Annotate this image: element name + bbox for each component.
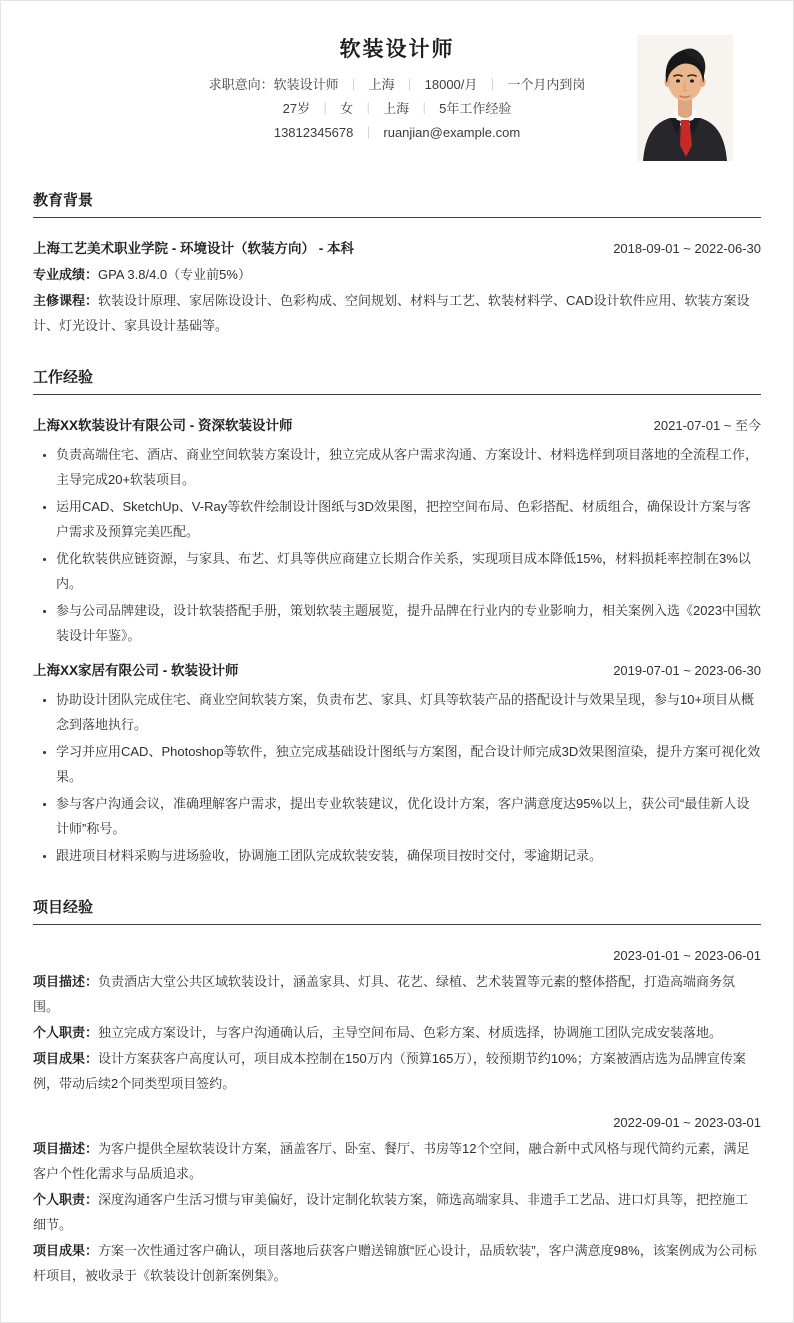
intent-city: 上海 [369,77,395,92]
separator: ｜ [348,78,360,92]
project-duty-line: 个人职责：深度沟通客户生活习惯与审美偏好，设计定制化软装方案，筛选高端家具、非遗… [33,1187,761,1237]
education-entry-header: 上海工艺美术职业学院 - 环境设计（软装方向） - 本科 2018-09-01 … [33,236,761,261]
projects-heading: 项目经验 [33,896,761,925]
job-bullet: 协助设计团队完成住宅、商业空间软装方案，负责布艺、家具、灯具等软装产品的搭配设计… [56,687,761,737]
city: 上海 [383,101,409,116]
company-and-role: 上海XX家居有限公司 - 软装设计师 [33,658,239,683]
job-bullet: 跟进项目材料采购与进场验收，协调施工团队完成软装安装，确保项目按时交付，零逾期记… [56,843,761,868]
project-duty-line: 个人职责：独立完成方案设计，与客户沟通确认后，主导空间布局、色彩方案、材质选择，… [33,1020,761,1045]
resume-page: 软装设计师 求职意向：软装设计师｜上海｜18000/月｜一个月内到岗 27岁｜女… [0,0,794,1323]
project-entry-header: 2023-01-01 ~ 2023-06-01 [33,943,761,968]
avatar [637,35,733,161]
job-date-range: 2021-07-01 ~ 至今 [654,413,761,438]
job-bullet: 优化软装供应链资源，与家具、布艺、灯具等供应商建立长期合作关系，实现项目成本降低… [56,546,761,596]
courses-value: 软装设计原理、家居陈设设计、色彩构成、空间规划、材料与工艺、软装材料学、CAD设… [33,293,749,333]
project-duty-text: 深度沟通客户生活习惯与审美偏好，设计定制化软装方案，筛选高端家具、非遗手工艺品、… [33,1192,748,1232]
school-and-major: 上海工艺美术职业学院 - 环境设计（软装方向） - 本科 [33,236,354,261]
project-description-line: 项目描述：为客户提供全屋软装设计方案，涵盖客厅、卧室、餐厅、书房等12个空间，融… [33,1136,761,1186]
gpa-label: 专业成绩： [33,267,98,282]
separator: ｜ [362,102,374,116]
project-date-range: 2022-09-01 ~ 2023-03-01 [613,1110,761,1135]
section-education: 教育背景 上海工艺美术职业学院 - 环境设计（软装方向） - 本科 2018-0… [33,189,761,338]
age: 27岁 [283,101,310,116]
job-bullet: 运用CAD、SketchUp、V-Ray等软件绘制设计图纸与3D效果图，把控空间… [56,494,761,544]
work-heading: 工作经验 [33,366,761,395]
email-address: ruanjian@example.com [383,125,520,140]
section-project-experience: 项目经验 2023-01-01 ~ 2023-06-01 项目描述：负责酒店大堂… [33,896,761,1288]
resume-header: 软装设计师 求职意向：软装设计师｜上海｜18000/月｜一个月内到岗 27岁｜女… [33,33,761,161]
separator: ｜ [404,78,416,92]
company-and-role: 上海XX软装设计有限公司 - 资深软装设计师 [33,413,293,438]
job-date-range: 2019-07-01 ~ 2023-06-30 [613,658,761,683]
gpa-value: GPA 3.8/4.0（专业前5%） [98,267,251,282]
gpa-line: 专业成绩：GPA 3.8/4.0（专业前5%） [33,262,761,287]
project-duty-label: 个人职责： [33,1025,98,1040]
project-result-line: 项目成果：设计方案获客户高度认可，项目成本控制在150万内（预算165万），较预… [33,1046,761,1096]
project-result-text: 设计方案获客户高度认可，项目成本控制在150万内（预算165万），较预期节约10… [33,1051,746,1091]
project-result-label: 项目成果： [33,1243,98,1258]
gender: 女 [340,101,353,116]
project-result-text: 方案一次性通过客户确认，项目落地后获客户赠送锦旗“匠心设计，品质软装”，客户满意… [33,1243,757,1283]
project-description-line: 项目描述：负责酒店大堂公共区域软装设计，涵盖家具、灯具、花艺、绿植、艺术装置等元… [33,969,761,1019]
project-result-line: 项目成果：方案一次性通过客户确认，项目落地后获客户赠送锦旗“匠心设计，品质软装”… [33,1238,761,1288]
availability: 一个月内到岗 [507,77,585,92]
separator: ｜ [418,102,430,116]
project-duty-label: 个人职责： [33,1192,98,1207]
separator: ｜ [319,102,331,116]
project-description-text: 负责酒店大堂公共区域软装设计，涵盖家具、灯具、花艺、绿植、艺术装置等元素的整体搭… [33,974,735,1014]
job-bullet: 参与客户沟通会议，准确理解客户需求，提出专业软装建议，优化设计方案，客户满意度达… [56,791,761,841]
project-description-text: 为客户提供全屋软装设计方案，涵盖客厅、卧室、餐厅、书房等12个空间，融合新中式风… [33,1141,749,1181]
job-entry: 上海XX家居有限公司 - 软装设计师 2019-07-01 ~ 2023-06-… [33,658,761,868]
experience-years: 5年工作经验 [439,101,511,116]
project-entry-header: 2022-09-01 ~ 2023-03-01 [33,1110,761,1135]
project-description-label: 项目描述： [33,1141,98,1156]
project-entry: 2022-09-01 ~ 2023-03-01 项目描述：为客户提供全屋软装设计… [33,1110,761,1288]
project-description-label: 项目描述： [33,974,98,989]
job-bullet: 学习并应用CAD、Photoshop等软件，独立完成基础设计图纸与方案图，配合设… [56,739,761,789]
job-entry-header: 上海XX家居有限公司 - 软装设计师 2019-07-01 ~ 2023-06-… [33,658,761,683]
job-bullet-list: 协助设计团队完成住宅、商业空间软装方案，负责布艺、家具、灯具等软装产品的搭配设计… [33,687,761,868]
project-duty-text: 独立完成方案设计，与客户沟通确认后，主导空间布局、色彩方案、材质选择，协调施工团… [98,1025,722,1040]
project-date-range: 2023-01-01 ~ 2023-06-01 [613,943,761,968]
job-entry-header: 上海XX软装设计有限公司 - 资深软装设计师 2021-07-01 ~ 至今 [33,413,761,438]
courses-label: 主修课程： [33,293,98,308]
avatar-illustration [637,35,733,161]
project-result-label: 项目成果： [33,1051,98,1066]
separator: ｜ [486,78,498,92]
education-date-range: 2018-09-01 ~ 2022-06-30 [613,236,761,261]
job-entry: 上海XX软装设计有限公司 - 资深软装设计师 2021-07-01 ~ 至今 负… [33,413,761,648]
job-bullet: 参与公司品牌建设，设计软装搭配手册，策划软装主题展览，提升品牌在行业内的专业影响… [56,598,761,648]
section-work-experience: 工作经验 上海XX软装设计有限公司 - 资深软装设计师 2021-07-01 ~… [33,366,761,868]
job-bullet: 负责高端住宅、酒店、商业空间软装方案设计，独立完成从客户需求沟通、方案设计、材料… [56,442,761,492]
courses-line: 主修课程：软装设计原理、家居陈设设计、色彩构成、空间规划、材料与工艺、软装材料学… [33,288,761,338]
project-entry: 2023-01-01 ~ 2023-06-01 项目描述：负责酒店大堂公共区域软… [33,943,761,1096]
separator: ｜ [362,126,374,140]
phone-number: 13812345678 [274,125,354,140]
job-bullet-list: 负责高端住宅、酒店、商业空间软装方案设计，独立完成从客户需求沟通、方案设计、材料… [33,442,761,648]
education-heading: 教育背景 [33,189,761,218]
job-intent: 求职意向：软装设计师 [209,77,339,92]
expected-salary: 18000/月 [425,77,478,92]
